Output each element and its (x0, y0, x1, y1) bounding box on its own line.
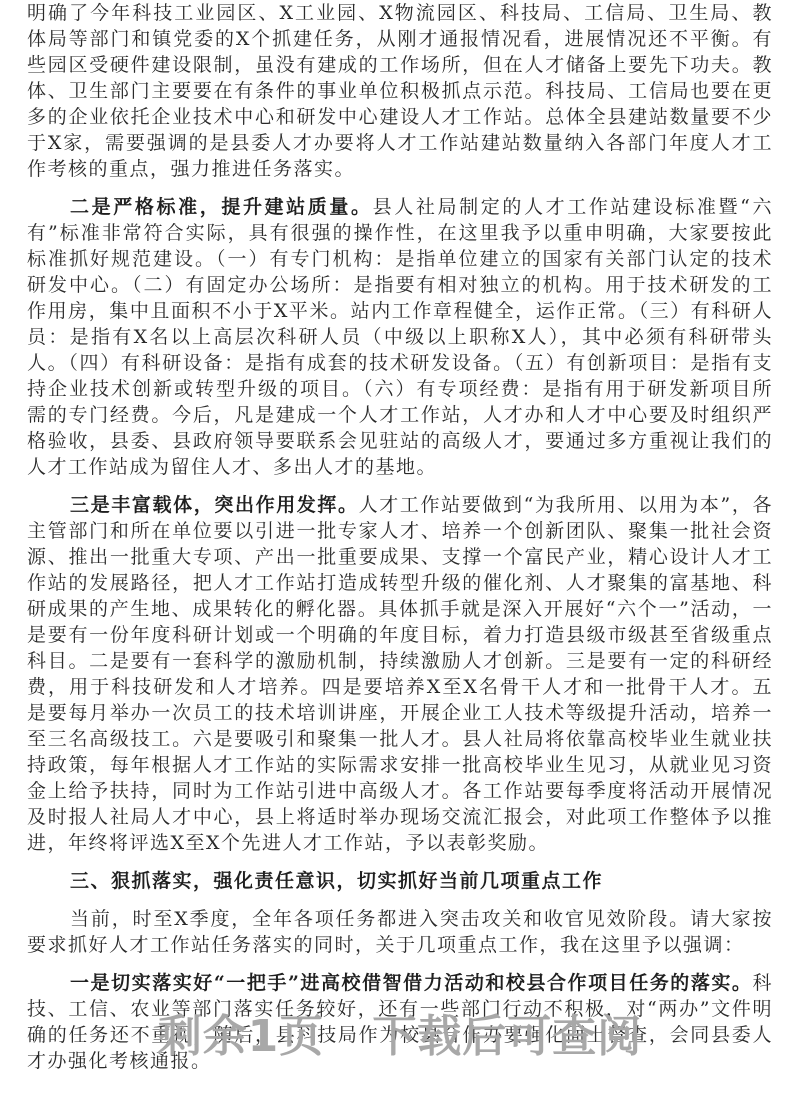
download-to-view-label: 下载后可查阅 (372, 1011, 642, 1062)
section-heading: 三、狠抓落实，强化责任意识，切实抓好当前几项重点工作 (27, 868, 773, 894)
paragraph-standards: 二是严格标准，提升建站质量。县人社局制定的人才工作站建设标准暨“六有”标准非常符… (27, 194, 773, 480)
paragraph-lead: 一是切实落实好“一把手”进高校借智借力活动和校县合作项目任务的落实。 (70, 972, 752, 994)
document-page: 明确了今年科技工业园区、X工业园、X物流园区、科技局、工信局、卫生局、教体局等部… (27, 0, 773, 1074)
paragraph-carriers: 三是丰富载体，突出作用发挥。人才工作站要做到“为我所用、以用为本”，各主管部门和… (27, 492, 773, 856)
download-prompt-banner[interactable]: 剩余1页下载后可查阅 (0, 1000, 800, 1064)
paragraph-lead: 三是丰富载体，突出作用发挥。 (70, 494, 359, 516)
paragraph-text: 人才工作站要做到“为我所用、以用为本”，各主管部门和所在单位要以引进一批专家人才… (27, 494, 773, 854)
remaining-pages-label: 剩余1页 (158, 1011, 325, 1062)
paragraph-current-status: 当前，时至X季度，全年各项任务都进入突击攻关和收官见效阶段。请大家按要求抓好人才… (27, 906, 773, 958)
paragraph-lead: 二是严格标准，提升建站质量。 (70, 196, 373, 218)
paragraph-text: 当前，时至X季度，全年各项任务都进入突击攻关和收官见效阶段。请大家按要求抓好人才… (27, 908, 773, 956)
paragraph-text: 县人社局制定的人才工作站建设标准暨“六有”标准非常符合实际，具有很强的操作性，在… (27, 196, 773, 478)
section-heading-text: 三、狠抓落实，强化责任意识，切实抓好当前几项重点工作 (70, 870, 603, 892)
paragraph-text: 明确了今年科技工业园区、X工业园、X物流园区、科技局、工信局、卫生局、教体局等部… (27, 2, 773, 180)
paragraph-continuation: 明确了今年科技工业园区、X工业园、X物流园区、科技局、工信局、卫生局、教体局等部… (27, 0, 773, 182)
